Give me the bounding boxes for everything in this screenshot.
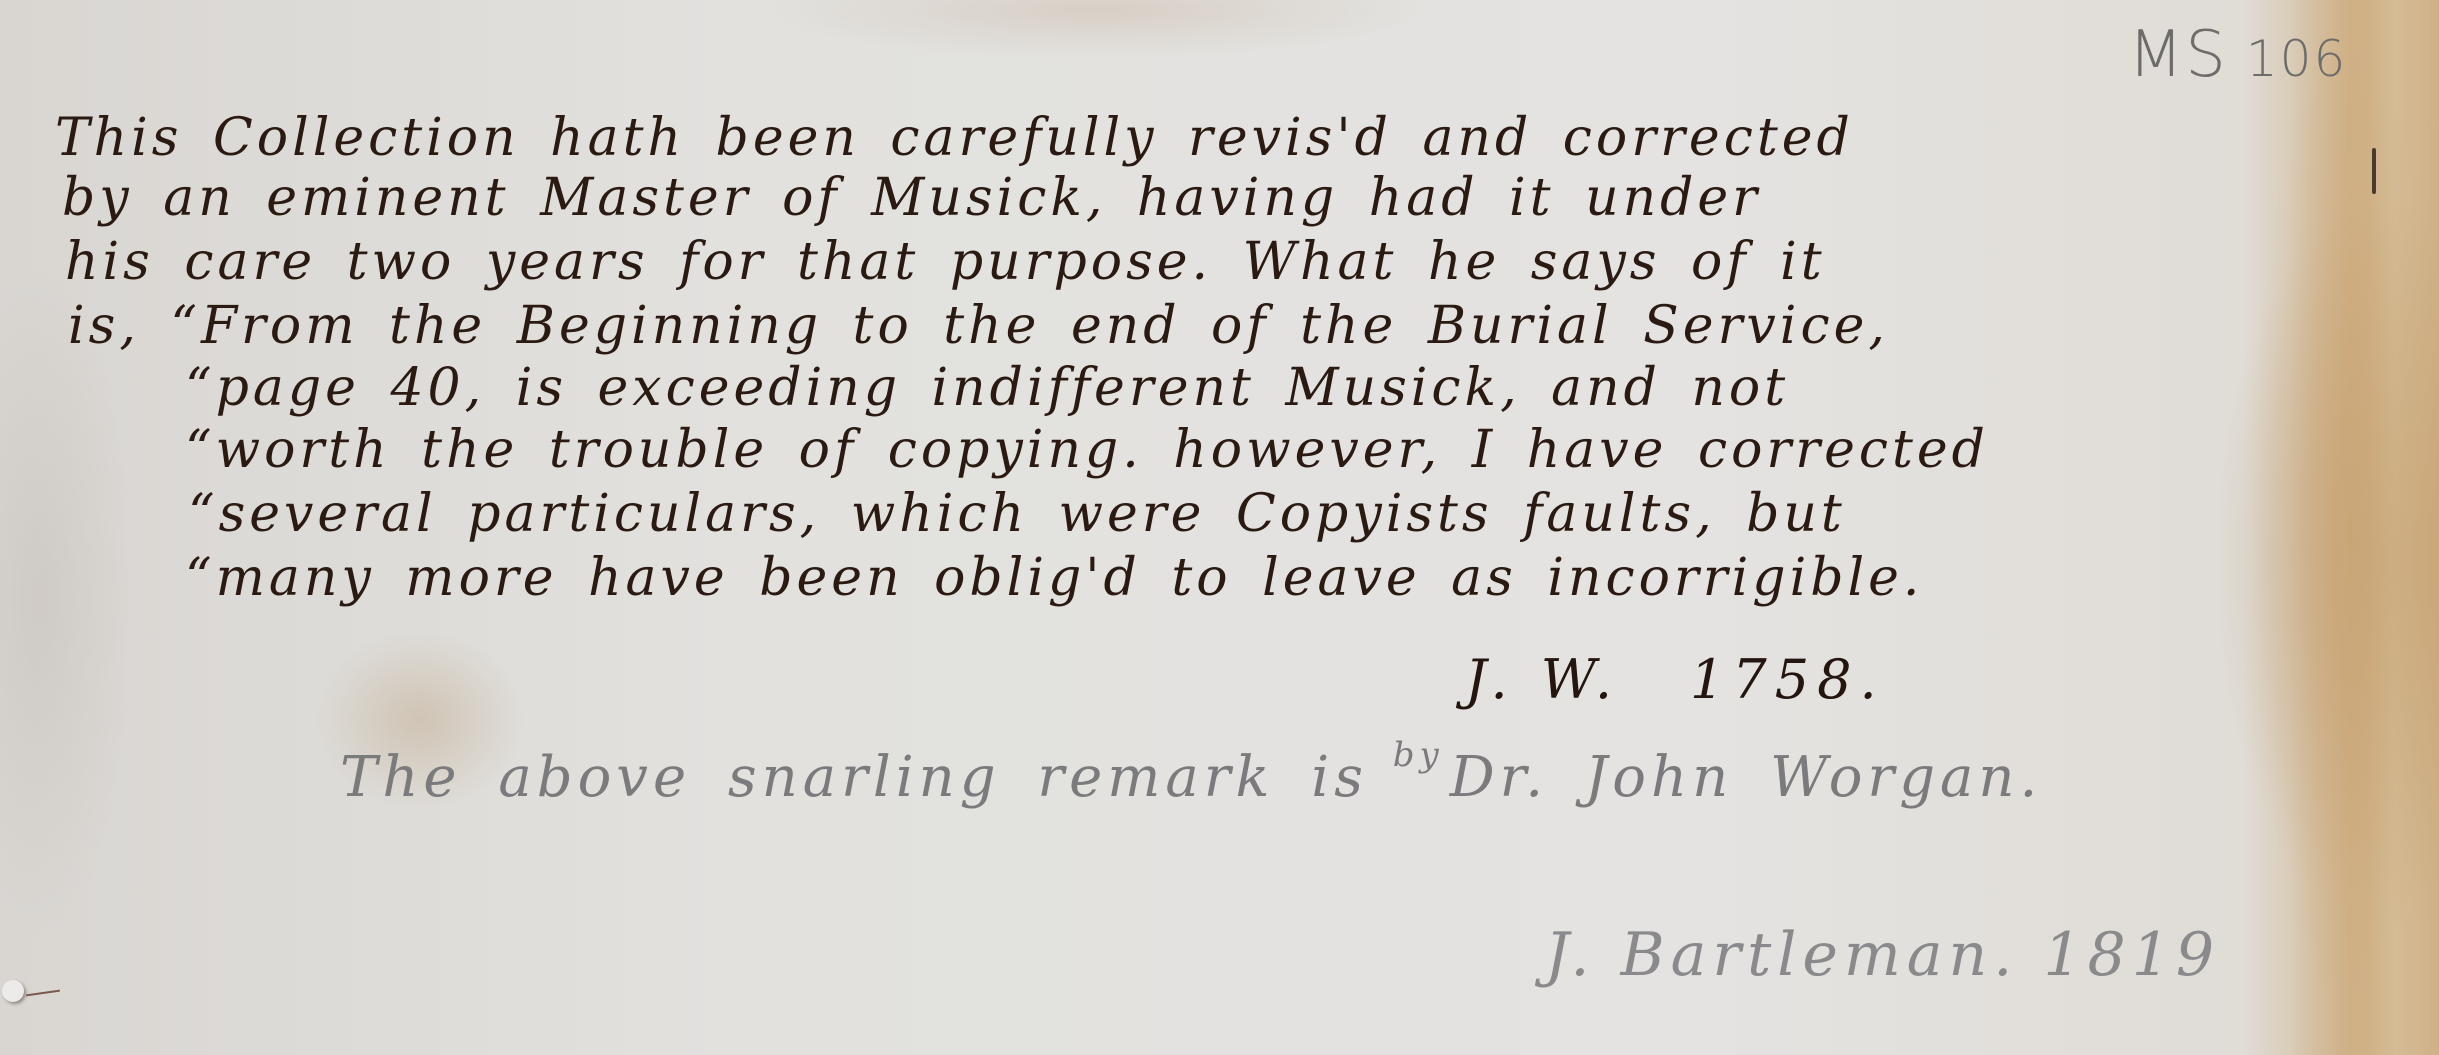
text-line-7: “several particulars, which were Copyist… bbox=[188, 484, 1846, 544]
text-line-3: his care two years for that purpose. Wha… bbox=[65, 232, 1826, 292]
folio-mark bbox=[2372, 148, 2376, 194]
text-line-5: “page 40, is exceeding indifferent Music… bbox=[185, 358, 1789, 418]
pencil-annotation: The above snarling remark is byDr. John … bbox=[340, 745, 2042, 810]
ink-signature: J. W.1758. bbox=[1465, 648, 1885, 711]
pencil-signature-year: 1819 bbox=[2043, 920, 2220, 990]
pencil-signature-name: J. Bartleman. bbox=[1545, 920, 2018, 990]
text-line-8: “many more have been oblig'd to leave as… bbox=[185, 548, 1923, 608]
pencil-note-attribution: Dr. John Worgan. bbox=[1450, 745, 2043, 810]
text-line-6: “worth the trouble of copying. however, … bbox=[185, 420, 1989, 480]
pencil-note-superscript: by bbox=[1393, 735, 1444, 775]
text-line-2: by an eminent Master of Musick, having h… bbox=[62, 168, 1761, 228]
text-line-1: This Collection hath been carefully revi… bbox=[55, 108, 1854, 168]
signature-year: 1758. bbox=[1690, 648, 1885, 711]
shelfmark-number: 106 bbox=[2246, 30, 2347, 88]
pencil-signature: J. Bartleman. 1819 bbox=[1545, 920, 2220, 990]
shelfmark: MS106 bbox=[2128, 18, 2347, 92]
shelfmark-prefix: MS bbox=[2128, 18, 2228, 92]
pin-hole bbox=[2, 980, 24, 1002]
signature-initials: J. W. bbox=[1465, 648, 1620, 711]
pencil-note-text: The above snarling remark is bbox=[340, 745, 1368, 810]
text-line-4: is, “From the Beginning to the end of th… bbox=[68, 296, 1889, 356]
